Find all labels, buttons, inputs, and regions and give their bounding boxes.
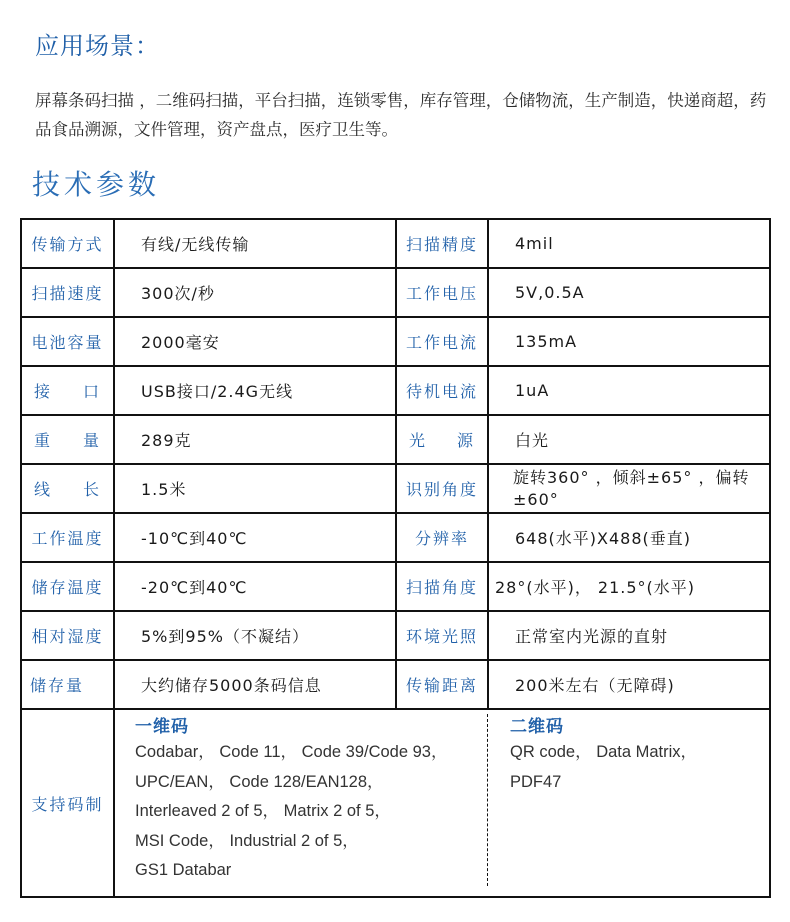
spec-value: 正常室内光源的直射 bbox=[488, 611, 770, 660]
spec-label: 电池容量 bbox=[21, 317, 114, 366]
spec-row: 相对湿度 5%到95%（不凝结） 环境光照 正常室内光源的直射 bbox=[21, 611, 770, 660]
spec-label: 工作温度 bbox=[21, 513, 114, 562]
application-scenarios-heading: 应用场景： bbox=[35, 26, 160, 61]
spec-label: 扫描精度 bbox=[396, 219, 488, 268]
application-scenarios-text: 屏幕条码扫描 ，二维码扫描，平台扫描，连锁零售，库存管理，仓储物流，生产制造，快… bbox=[35, 86, 780, 144]
spec-value: 有线/无线传输 bbox=[114, 219, 396, 268]
spec-value: 白光 bbox=[488, 415, 770, 464]
spec-value: 2000毫安 bbox=[114, 317, 396, 366]
spec-row: 工作温度 -10℃到40℃ 分辨率 648(水平)X488(垂直) bbox=[21, 513, 770, 562]
spec-row: 电池容量 2000毫安 工作电流 135mA bbox=[21, 317, 770, 366]
spec-label: 重量 bbox=[21, 415, 114, 464]
two-d-line: QR code， Data Matrix， bbox=[510, 738, 697, 768]
technical-specs-heading: 技术参数 bbox=[32, 163, 160, 203]
spec-label: 工作电压 bbox=[396, 268, 488, 317]
spec-value: 5%到95%（不凝结） bbox=[114, 611, 396, 660]
spec-row: 储存温度 -20℃到40℃ 扫描角度 28°(水平)， 21.5°(水平) bbox=[21, 562, 770, 611]
spec-label: 传输距离 bbox=[396, 660, 488, 709]
spec-label: 工作电流 bbox=[396, 317, 488, 366]
two-d-line: PDF47 bbox=[510, 768, 697, 798]
spec-label: 储存量 bbox=[21, 660, 114, 709]
one-d-line: UPC/EAN， Code 128/EAN128， bbox=[135, 768, 487, 798]
spec-value: 1uA bbox=[488, 366, 770, 415]
two-d-codes: 二维码 QR code， Data Matrix， PDF47 bbox=[488, 714, 697, 886]
spec-row: 重量 289克 光源 白光 bbox=[21, 415, 770, 464]
spec-label: 储存温度 bbox=[21, 562, 114, 611]
spec-value: 648(水平)X488(垂直) bbox=[488, 513, 770, 562]
spec-label: 相对湿度 bbox=[21, 611, 114, 660]
spec-value: 200米左右（无障碍) bbox=[488, 660, 770, 709]
spec-label: 传输方式 bbox=[21, 219, 114, 268]
one-d-codes: 一维码 Codabar， Code 11， Code 39/Code 93， U… bbox=[135, 714, 488, 886]
spec-value: 28°(水平)， 21.5°(水平) bbox=[488, 562, 770, 611]
spec-row: 传输方式 有线/无线传输 扫描精度 4mil bbox=[21, 219, 770, 268]
spec-value: 135mA bbox=[488, 317, 770, 366]
two-d-title: 二维码 bbox=[510, 716, 697, 738]
spec-label: 环境光照 bbox=[396, 611, 488, 660]
spec-row: 线长 1.5米 识别角度 旋转360° ，倾斜±65° ，偏转±60° bbox=[21, 464, 770, 513]
spec-row: 储存量 大约储存5000条码信息 传输距离 200米左右（无障碍) bbox=[21, 660, 770, 709]
one-d-line: MSI Code， Industrial 2 of 5， bbox=[135, 827, 487, 857]
spec-value: 旋转360° ，倾斜±65° ，偏转±60° bbox=[488, 464, 770, 513]
one-d-title: 一维码 bbox=[135, 716, 487, 738]
spec-row: 扫描速度 300次/秒 工作电压 5V,0.5A bbox=[21, 268, 770, 317]
symbology-label: 支持码制 bbox=[21, 709, 114, 897]
spec-label: 扫描速度 bbox=[21, 268, 114, 317]
one-d-line: GS1 Databar bbox=[135, 856, 487, 886]
spec-value: 289克 bbox=[114, 415, 396, 464]
one-d-line: Interleaved 2 of 5， Matrix 2 of 5， bbox=[135, 797, 487, 827]
one-d-line: Codabar， Code 11， Code 39/Code 93， bbox=[135, 738, 487, 768]
spec-label: 接口 bbox=[21, 366, 114, 415]
symbology-cell: 一维码 Codabar， Code 11， Code 39/Code 93， U… bbox=[114, 709, 770, 897]
spec-label: 待机电流 bbox=[396, 366, 488, 415]
spec-value: -10℃到40℃ bbox=[114, 513, 396, 562]
spec-table: 传输方式 有线/无线传输 扫描精度 4mil 扫描速度 300次/秒 工作电压 … bbox=[20, 218, 771, 898]
spec-row: 接口 USB接口/2.4G无线 待机电流 1uA bbox=[21, 366, 770, 415]
spec-label: 光源 bbox=[396, 415, 488, 464]
spec-value: USB接口/2.4G无线 bbox=[114, 366, 396, 415]
spec-value: 5V,0.5A bbox=[488, 268, 770, 317]
symbology-row: 支持码制 一维码 Codabar， Code 11， Code 39/Code … bbox=[21, 709, 770, 897]
spec-value: -20℃到40℃ bbox=[114, 562, 396, 611]
spec-value: 300次/秒 bbox=[114, 268, 396, 317]
spec-label: 线长 bbox=[21, 464, 114, 513]
spec-value: 大约储存5000条码信息 bbox=[114, 660, 396, 709]
spec-label: 分辨率 bbox=[396, 513, 488, 562]
spec-label: 识别角度 bbox=[396, 464, 488, 513]
spec-label: 扫描角度 bbox=[396, 562, 488, 611]
spec-value: 1.5米 bbox=[114, 464, 396, 513]
spec-value: 4mil bbox=[488, 219, 770, 268]
